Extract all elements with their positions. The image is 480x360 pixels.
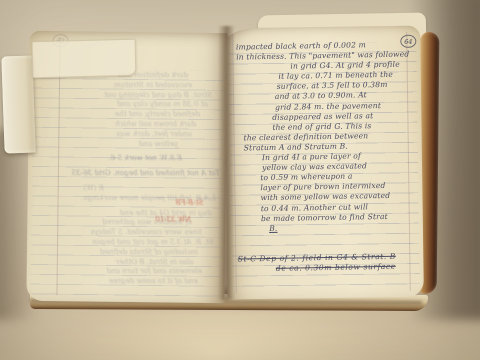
bookmark-tab (1, 55, 35, 153)
bleedthrough-block: dark definition wasexcavated in StratumS… (52, 70, 222, 286)
bleed-line: St. B. At 3.5 m got cut and began (52, 237, 214, 247)
red-bleed-mark-2: NW 33-10 (155, 215, 191, 223)
photo-background: 63 dark definition wasexcavated in Strat… (0, 0, 480, 360)
bleed-line: under feet, dark was (52, 129, 192, 139)
gutter-shadow (218, 26, 234, 300)
bleed-line: at 0.38 m sandy clay and (52, 99, 208, 109)
bleed-line: lines were cancelled. 5 Todays (52, 227, 202, 237)
right-page: 64 impacted black earth of 0.002 min thi… (224, 26, 424, 300)
bleed-line: E (W) (52, 183, 104, 193)
bleed-line: Tat A not finished and began. Grid 36-35 (52, 168, 220, 178)
handwriting-block: impacted black earth of 0.002 min thickn… (234, 39, 420, 274)
red-bleed-mark-1: St-B-FB (176, 199, 204, 207)
bleed-line: also in Strat. B Other (52, 257, 194, 267)
tape-patch (32, 39, 137, 79)
bleed-line: including of Strata defined (52, 247, 198, 257)
bleed-line: dark brown soil which (52, 119, 196, 129)
bleed-line: defined clearly, and the (52, 109, 200, 119)
handwritten-line: de ca. 0.30m below surface (276, 261, 420, 274)
bleed-line: Strat. B dug and cleaning out (52, 90, 212, 100)
bleed-line: elements and for turn and (52, 266, 202, 276)
bleed-line: excavated in Stratum (52, 80, 192, 90)
bleed-line: E.S.W. not work 5-6. (52, 153, 182, 163)
bleed-line: end of it to some degree (52, 276, 198, 286)
bleed-line: yellow and (52, 139, 178, 149)
